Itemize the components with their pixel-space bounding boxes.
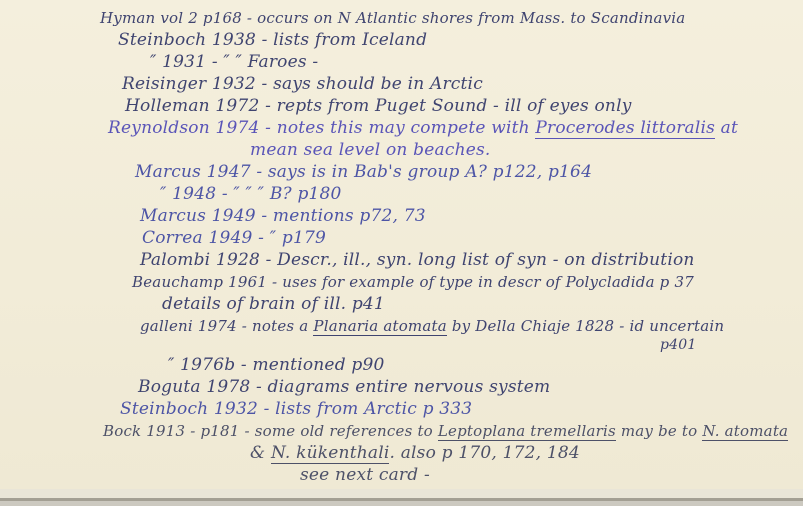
line-hyman: Hyman vol 2 p168 - occurs on N Atlantic … <box>100 8 803 30</box>
handwritten-text: Hyman vol 2 p168 - occurs on N Atlantic … <box>100 9 685 27</box>
line-marcus-1948: ″ 1948 - ″ ″ ″ B? p180 <box>160 184 803 206</box>
handwritten-text: see next card - <box>300 465 430 485</box>
handwritten-text: at <box>715 118 738 138</box>
line-beauchamp-1961: Beauchamp 1961 - uses for example of typ… <box>132 272 803 294</box>
handwritten-text: Boguta 1978 - diagrams entire nervous sy… <box>138 377 550 397</box>
line-beauchamp-cont: details of brain of ill. p41 <box>162 294 803 316</box>
handwritten-text: Holleman 1972 - repts from Puget Sound -… <box>125 96 632 116</box>
handwritten-text: mean sea level on beaches. <box>250 140 491 160</box>
handwritten-text: galleni 1974 - notes a <box>140 317 313 335</box>
line-galleni-page: p401 <box>660 338 803 355</box>
underlined-species-name: Planaria atomata <box>313 317 446 336</box>
handwritten-text: & <box>250 443 271 463</box>
handwritten-text: Steinboch 1932 - lists from Arctic p 333 <box>120 399 472 419</box>
line-bock-cont: & N. kükenthali. also p 170, 172, 184 <box>250 443 803 465</box>
handwritten-text: ″ 1931 - ″ ″ Faroes - <box>150 52 318 72</box>
underlined-species-name: N. kükenthali <box>271 443 390 464</box>
line-reynoldson-cont: mean sea level on beaches. <box>250 140 803 162</box>
handwritten-text: Marcus 1947 - says is in Bab's group A? … <box>135 162 592 182</box>
handwritten-text: Marcus 1949 - mentions p72, 73 <box>140 206 426 226</box>
handwritten-text: may be to <box>616 422 702 440</box>
handwritten-text: ″ 1976b - mentioned p90 <box>168 355 385 375</box>
underlined-species-name: N. atomata <box>702 422 788 441</box>
line-galleni-1976b: ″ 1976b - mentioned p90 <box>168 355 803 377</box>
handwritten-text: p401 <box>660 337 696 353</box>
line-steinboch-1931: ″ 1931 - ″ ″ Faroes - <box>150 52 803 74</box>
line-holleman-1972: Holleman 1972 - repts from Puget Sound -… <box>125 96 803 118</box>
line-correa-1949: Correa 1949 - ″ p179 <box>142 228 803 250</box>
note-lines: Hyman vol 2 p168 - occurs on N Atlantic … <box>0 8 803 487</box>
line-bock-1913: Bock 1913 - p181 - some old references t… <box>103 421 803 443</box>
handwritten-text: . also p 170, 172, 184 <box>389 443 579 463</box>
handwritten-text: Correa 1949 - ″ p179 <box>142 228 326 248</box>
card-edge-shadow <box>0 498 803 501</box>
line-galleni-1974: galleni 1974 - notes a Planaria atomata … <box>140 316 803 338</box>
handwritten-text: ″ 1948 - ″ ″ ″ B? p180 <box>160 184 342 204</box>
index-card: Hyman vol 2 p168 - occurs on N Atlantic … <box>0 0 803 489</box>
handwritten-text: by Della Chiaje 1828 - id uncertain <box>447 317 724 335</box>
handwritten-text: Bock 1913 - p181 - some old references t… <box>103 422 438 440</box>
line-reynoldson-1974: Reynoldson 1974 - notes this may compete… <box>108 118 803 140</box>
handwritten-text: details of brain of ill. p41 <box>162 294 385 314</box>
line-marcus-1947: Marcus 1947 - says is in Bab's group A? … <box>135 162 803 184</box>
line-steinboch-1932: Steinboch 1932 - lists from Arctic p 333 <box>120 399 803 421</box>
line-steinboch-1938: Steinboch 1938 - lists from Iceland <box>118 30 803 52</box>
line-reisinger-1932: Reisinger 1932 - says should be in Arcti… <box>122 74 803 96</box>
underlined-species-name: Leptoplana tremellaris <box>438 422 616 441</box>
line-see-next-card: see next card - <box>300 465 803 487</box>
handwritten-text: Beauchamp 1961 - uses for example of typ… <box>132 273 694 291</box>
handwritten-text: Reisinger 1932 - says should be in Arcti… <box>122 74 483 94</box>
underlined-species-name: Procerodes littoralis <box>535 118 715 139</box>
handwritten-text: Reynoldson 1974 - notes this may compete… <box>108 118 535 138</box>
line-palombi-1928: Palombi 1928 - Descr., ill., syn. long l… <box>140 250 803 272</box>
line-boguta-1978: Boguta 1978 - diagrams entire nervous sy… <box>138 377 803 399</box>
line-marcus-1949: Marcus 1949 - mentions p72, 73 <box>140 206 803 228</box>
handwritten-text: Palombi 1928 - Descr., ill., syn. long l… <box>140 250 695 270</box>
card-bottom-edge <box>0 489 803 498</box>
handwritten-text: Steinboch 1938 - lists from Iceland <box>118 30 427 50</box>
